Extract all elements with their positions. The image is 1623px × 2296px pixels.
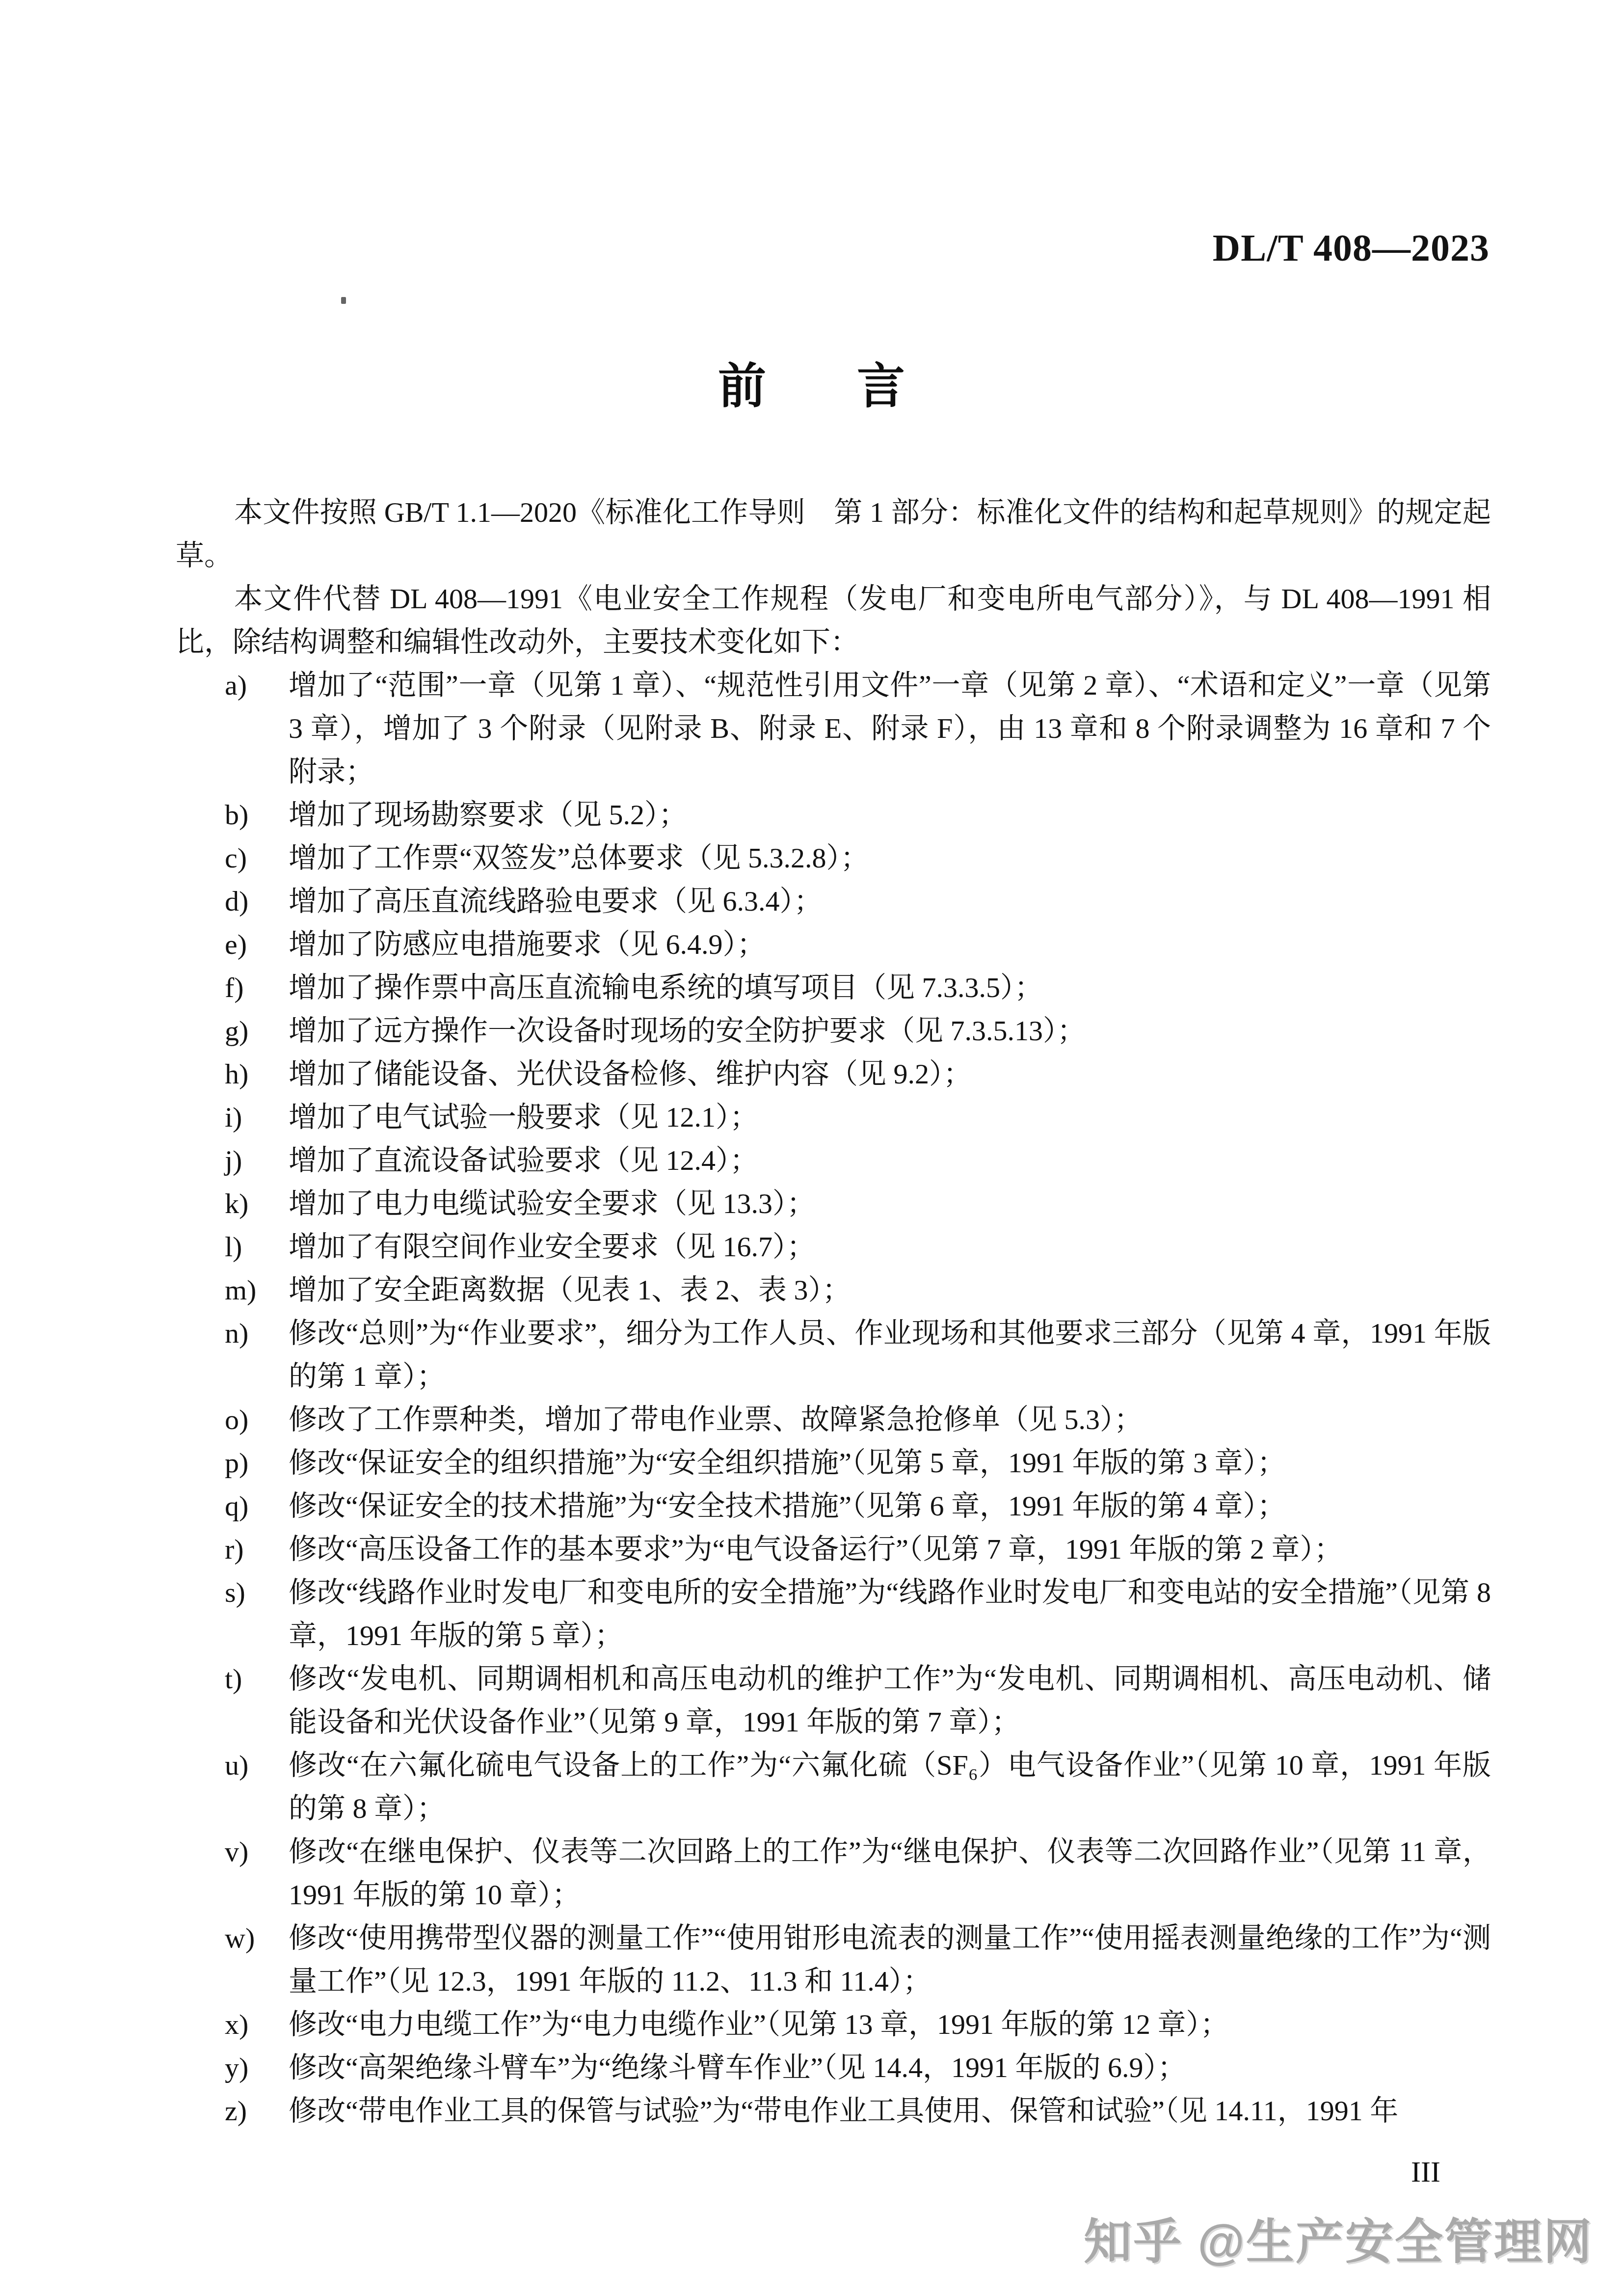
change-item-label: k) — [225, 1182, 248, 1225]
change-item: e)增加了防感应电措施要求（见 6.4.9）； — [176, 923, 1491, 966]
change-item-text: 修改“使用携带型仪器的测量工作”“使用钳形电流表的测量工作”“使用摇表测量绝缘的… — [289, 1922, 1491, 1997]
change-item-label: l) — [225, 1225, 242, 1269]
change-item-label: c) — [225, 837, 247, 880]
change-item-label: b) — [225, 793, 248, 837]
change-item-label: p) — [225, 1441, 248, 1485]
change-item-label: x) — [225, 2003, 248, 2046]
change-item: g)增加了远方操作一次设备时现场的安全防护要求（见 7.3.5.13）； — [176, 1009, 1491, 1053]
change-item: b)增加了现场勘察要求（见 5.2）； — [176, 793, 1491, 837]
document-page: DL/T 408—2023 前 言 本文件按照 GB/T 1.1—2020《标准… — [0, 0, 1623, 2296]
change-item: k)增加了电力电缆试验安全要求（见 13.3）； — [176, 1182, 1491, 1225]
change-item-text: 修改“在六氟化硫电气设备上的工作”为“六氟化硫（SF₆）电气设备作业”（见第 1… — [289, 1749, 1491, 1824]
change-item-label: n) — [225, 1312, 248, 1355]
foreword-paragraph-replacement: 本文件代替 DL 408—1991《电业安全工作规程（发电厂和变电所电气部分）》… — [176, 577, 1491, 664]
change-item: o)修改了工作票种类，增加了带电作业票、故障紧急抢修单（见 5.3）； — [176, 1398, 1491, 1441]
change-item: h)增加了储能设备、光伏设备检修、维护内容（见 9.2）； — [176, 1053, 1491, 1096]
change-item-label: j) — [225, 1139, 242, 1182]
watermark: 知乎 @生产安全管理网 — [1084, 2203, 1593, 2272]
change-item-label: a) — [225, 664, 247, 707]
change-item-label: g) — [225, 1009, 248, 1053]
change-item-label: u) — [225, 1744, 248, 1787]
standard-number: DL/T 408—2023 — [1213, 226, 1490, 270]
page-title: 前 言 — [0, 357, 1623, 415]
scan-speck — [341, 297, 346, 304]
change-item-text: 修改“电力电缆工作”为“电力电缆作业”（见第 13 章，1991 年版的第 12… — [289, 2008, 1228, 2040]
change-item: u)修改“在六氟化硫电气设备上的工作”为“六氟化硫（SF₆）电气设备作业”（见第… — [176, 1744, 1491, 1830]
change-item-text: 修改“发电机、同期调相机和高压电动机的维护工作”为“发电机、同期调相机、高压电动… — [289, 1663, 1491, 1738]
change-item-label: w) — [225, 1917, 255, 1960]
change-item-label: m) — [225, 1269, 256, 1312]
change-item: p)修改“保证安全的组织措施”为“安全组织措施”（见第 5 章，1991 年版的… — [176, 1441, 1491, 1485]
change-item-text: 增加了安全距离数据（见表 1、表 2、表 3）； — [289, 1274, 851, 1306]
change-item-label: i) — [225, 1096, 242, 1139]
change-item-label: q) — [225, 1485, 248, 1528]
change-item: l)增加了有限空间作业安全要求（见 16.7）； — [176, 1225, 1491, 1269]
change-item: m)增加了安全距离数据（见表 1、表 2、表 3）； — [176, 1269, 1491, 1312]
change-item: z)修改“带电作业工具的保管与试验”为“带电作业工具使用、保管和试验”（见 14… — [176, 2089, 1491, 2133]
change-item: j)增加了直流设备试验要求（见 12.4）； — [176, 1139, 1491, 1182]
change-item: s)修改“线路作业时发电厂和变电所的安全措施”为“线路作业时发电厂和变电站的安全… — [176, 1571, 1491, 1657]
change-item: w)修改“使用携带型仪器的测量工作”“使用钳形电流表的测量工作”“使用摇表测量绝… — [176, 1917, 1491, 2003]
change-item-label: e) — [225, 923, 247, 966]
change-item: y)修改“高架绝缘斗臂车”为“绝缘斗臂车作业”（见 14.4，1991 年版的 … — [176, 2046, 1491, 2089]
change-item-text: 修改“保证安全的组织措施”为“安全组织措施”（见第 5 章，1991 年版的第 … — [289, 1447, 1285, 1479]
change-item-text: 增加了“范围”一章（见第 1 章）、“规范性引用文件”一章（见第 2 章）、“术… — [289, 669, 1491, 787]
change-item-label: v) — [225, 1830, 248, 1873]
title-char-second: 言 — [857, 357, 905, 415]
change-item-label: h) — [225, 1053, 248, 1096]
change-item-text: 修改“带电作业工具的保管与试验”为“带电作业工具使用、保管和试验”（见 14.1… — [289, 2095, 1398, 2127]
change-item-text: 增加了操作票中高压直流输电系统的填写项目（见 7.3.3.5）； — [289, 972, 1043, 1003]
change-item-text: 增加了有限空间作业安全要求（见 16.7）； — [289, 1231, 815, 1263]
change-item: q)修改“保证安全的技术措施”为“安全技术措施”（见第 6 章，1991 年版的… — [176, 1485, 1491, 1528]
change-item-text: 修改“高压设备工作的基本要求”为“电气设备运行”（见第 7 章，1991 年版的… — [289, 1533, 1342, 1565]
change-item: f)增加了操作票中高压直流输电系统的填写项目（见 7.3.3.5）； — [176, 966, 1491, 1009]
change-item-label: s) — [225, 1571, 245, 1614]
foreword-paragraph-drafting-basis: 本文件按照 GB/T 1.1—2020《标准化工作导则 第 1 部分：标准化文件… — [176, 491, 1491, 577]
change-item-text: 增加了直流设备试验要求（见 12.4）； — [289, 1144, 758, 1176]
change-item: x)修改“电力电缆工作”为“电力电缆作业”（见第 13 章，1991 年版的第 … — [176, 2003, 1491, 2046]
change-item: v)修改“在继电保护、仪表等二次回路上的工作”为“继电保护、仪表等二次回路作业”… — [176, 1830, 1491, 1917]
change-item: a)增加了“范围”一章（见第 1 章）、“规范性引用文件”一章（见第 2 章）、… — [176, 664, 1491, 793]
change-item-text: 增加了现场勘察要求（见 5.2）； — [289, 799, 687, 831]
change-item-text: 修改“线路作业时发电厂和变电所的安全措施”为“线路作业时发电厂和变电站的安全措施… — [289, 1576, 1491, 1651]
change-item: c)增加了工作票“双签发”总体要求（见 5.3.2.8）； — [176, 837, 1491, 880]
title-char-first: 前 — [718, 357, 766, 415]
change-item-text: 增加了工作票“双签发”总体要求（见 5.3.2.8）； — [289, 842, 869, 874]
change-item-text: 增加了远方操作一次设备时现场的安全防护要求（见 7.3.5.13）； — [289, 1015, 1086, 1047]
change-item-label: y) — [225, 2046, 248, 2089]
change-item-label: o) — [225, 1398, 248, 1441]
change-item: r)修改“高压设备工作的基本要求”为“电气设备运行”（见第 7 章，1991 年… — [176, 1528, 1491, 1571]
change-item-text: 修改了工作票种类，增加了带电作业票、故障紧急抢修单（见 5.3）； — [289, 1404, 1143, 1435]
change-item-text: 增加了防感应电措施要求（见 6.4.9）； — [289, 928, 766, 960]
change-item-text: 修改“在继电保护、仪表等二次回路上的工作”为“继电保护、仪表等二次回路作业”（见… — [289, 1836, 1491, 1911]
change-item-label: f) — [225, 966, 244, 1009]
change-item-text: 增加了高压直流线路验电要求（见 6.3.4）； — [289, 885, 823, 917]
change-item: d)增加了高压直流线路验电要求（见 6.3.4）； — [176, 880, 1491, 923]
change-item-label: z) — [225, 2089, 247, 2133]
change-item-text: 修改“保证安全的技术措施”为“安全技术措施”（见第 6 章，1991 年版的第 … — [289, 1490, 1285, 1522]
change-item-label: r) — [225, 1528, 244, 1571]
change-item-text: 增加了电气试验一般要求（见 12.1）； — [289, 1101, 758, 1133]
change-list: a)增加了“范围”一章（见第 1 章）、“规范性引用文件”一章（见第 2 章）、… — [176, 664, 1491, 2133]
page-number: III — [1377, 2155, 1475, 2189]
change-item-label: d) — [225, 880, 248, 923]
change-item: t)修改“发电机、同期调相机和高压电动机的维护工作”为“发电机、同期调相机、高压… — [176, 1657, 1491, 1744]
change-item-text: 修改“高架绝缘斗臂车”为“绝缘斗臂车作业”（见 14.4，1991 年版的 6.… — [289, 2052, 1186, 2083]
change-item-text: 增加了储能设备、光伏设备检修、维护内容（见 9.2）； — [289, 1058, 972, 1090]
change-item-text: 增加了电力电缆试验安全要求（见 13.3）； — [289, 1188, 815, 1219]
change-item-label: t) — [225, 1657, 242, 1701]
foreword-body: 本文件按照 GB/T 1.1—2020《标准化工作导则 第 1 部分：标准化文件… — [176, 491, 1491, 2133]
change-item-text: 修改“总则”为“作业要求”，细分为工作人员、作业现场和其他要求三部分（见第 4 … — [289, 1317, 1491, 1392]
change-item: i)增加了电气试验一般要求（见 12.1）； — [176, 1096, 1491, 1139]
change-item: n)修改“总则”为“作业要求”，细分为工作人员、作业现场和其他要求三部分（见第 … — [176, 1312, 1491, 1398]
